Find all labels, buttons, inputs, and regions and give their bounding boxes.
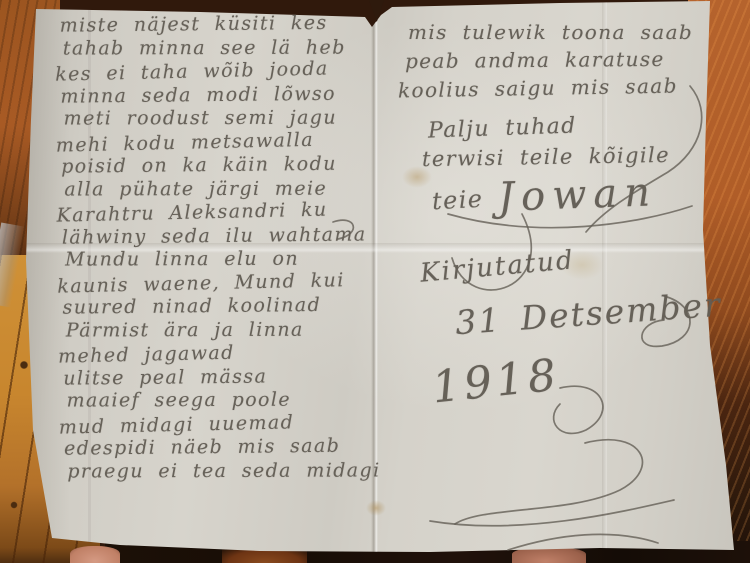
handwriting-line: mis tulewik toona saab: [408, 20, 693, 44]
handwriting-line: praegu ei tea seda midagi: [67, 459, 380, 484]
finger-left: [70, 546, 120, 563]
closing-line: terwisi teile kõigile: [422, 143, 670, 171]
letter-photograph: miste näjest küsiti kes tahab minna see …: [0, 0, 750, 563]
handwriting-line: peab andma karatuse: [405, 47, 665, 73]
handwriting-line: maaief seega poole: [67, 388, 380, 413]
handwriting-line: miste näjest küsiti kes: [60, 11, 376, 38]
handwriting-line: Mundu linna elu on: [65, 247, 378, 272]
signature-prefix: teie: [431, 185, 484, 216]
handwriting-line: meti roodust semi jagu: [64, 106, 377, 131]
closing-line: Palju tuhad: [428, 113, 578, 143]
signature-name: Jowan: [497, 169, 657, 221]
handwriting-line: koolius saigu mis saab: [398, 74, 678, 103]
letter-left-page: miste näjest küsiti kes tahab minna see …: [60, 11, 381, 484]
paper-stain: [366, 500, 386, 516]
